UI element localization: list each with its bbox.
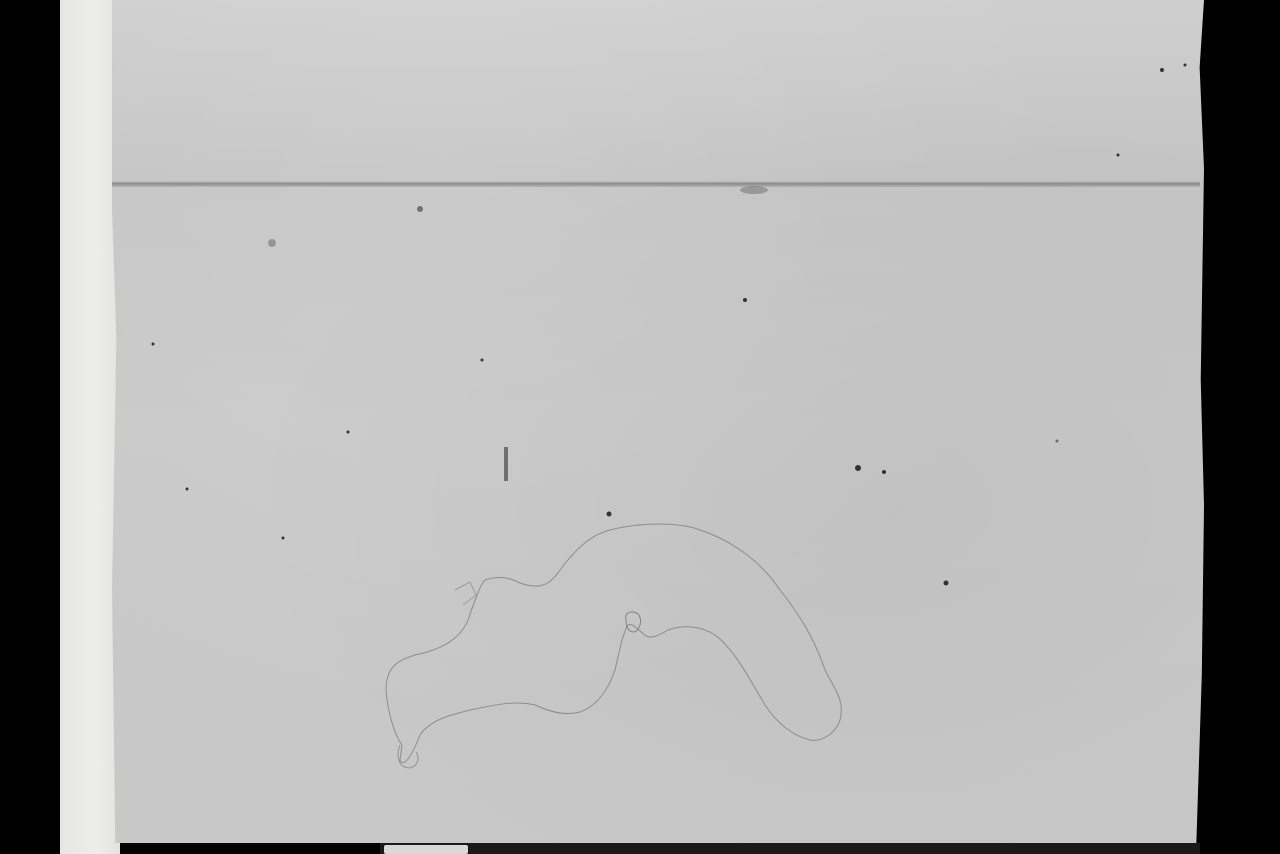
photo-scene [0, 0, 1280, 854]
sketch-overlay [0, 0, 1280, 854]
specks [152, 64, 1187, 586]
outline-loop [626, 612, 641, 632]
sketch-mark [455, 582, 476, 605]
outline-sketch [386, 524, 841, 763]
